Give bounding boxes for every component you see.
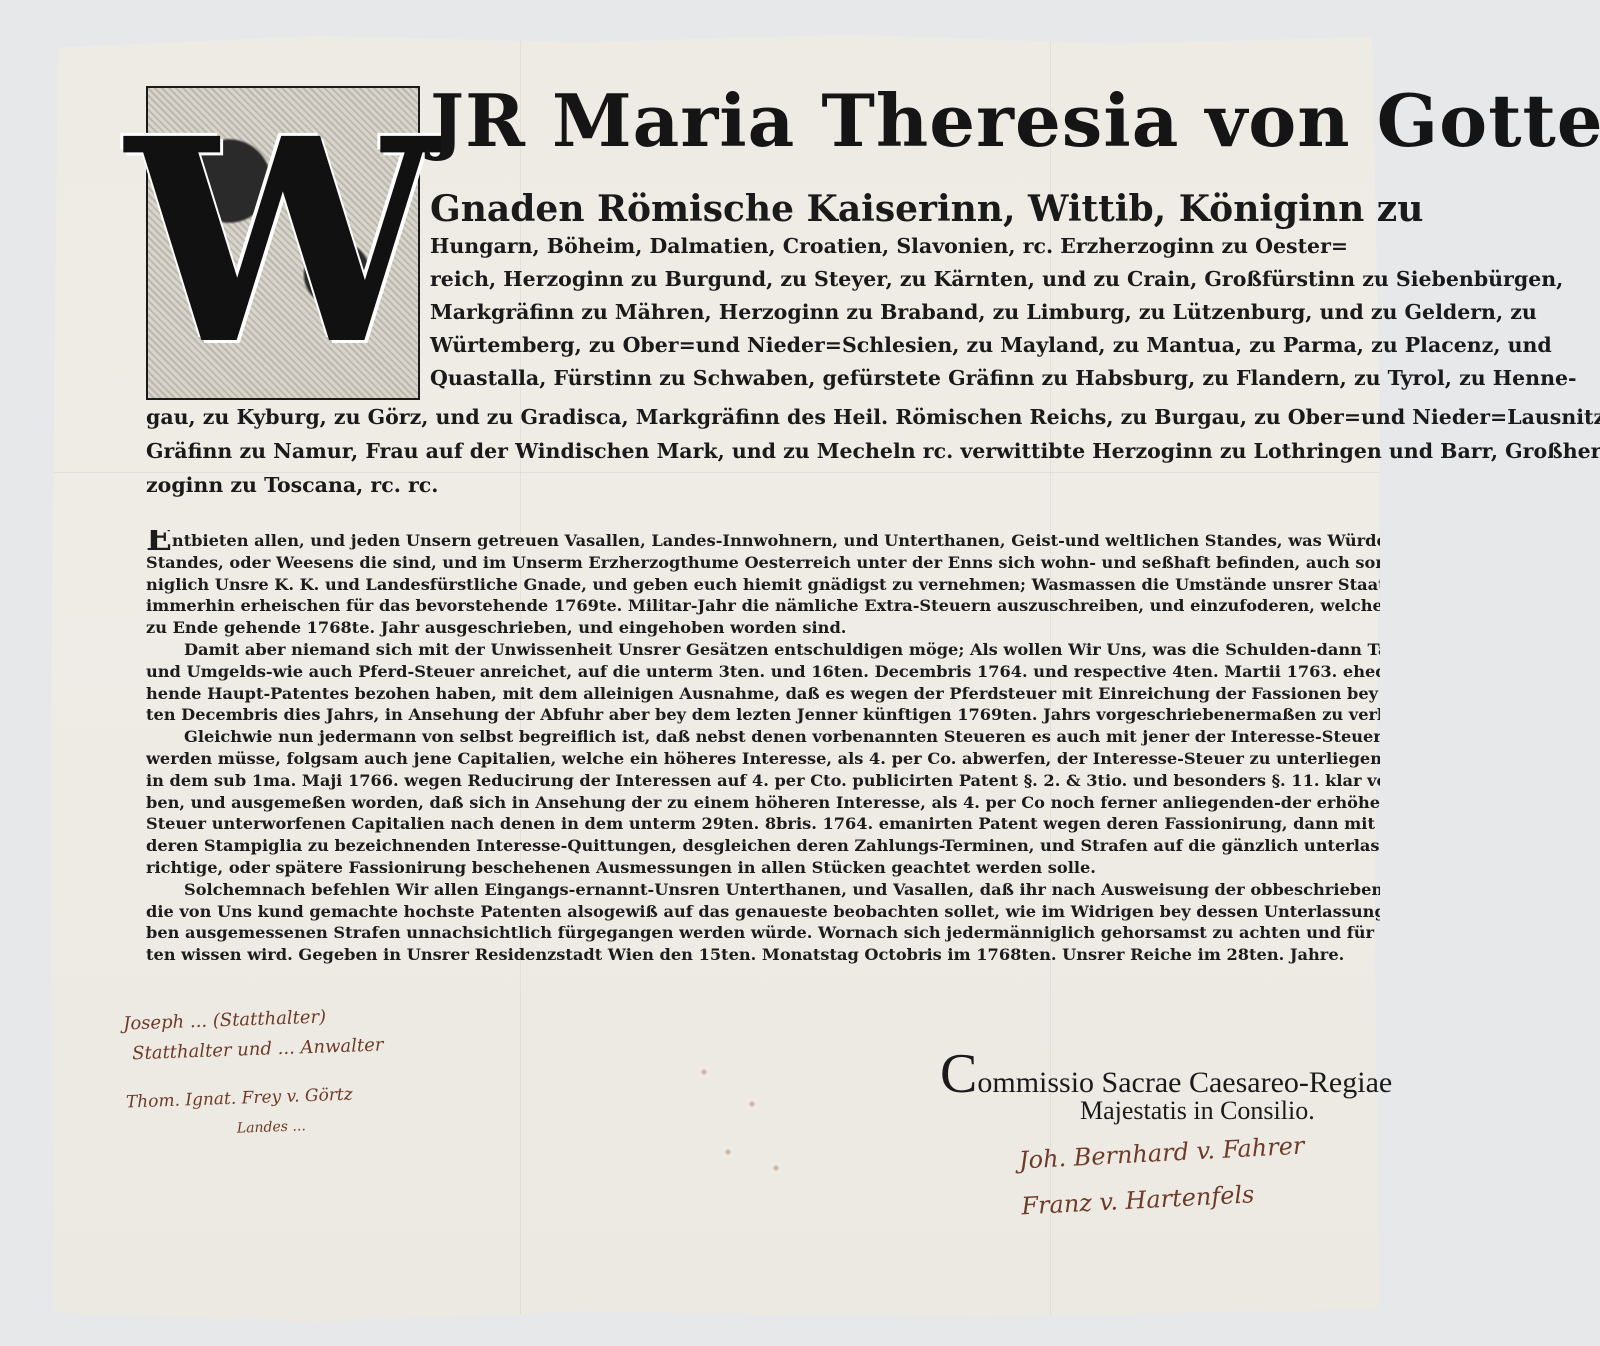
titles-line: Markgräfinn zu Mähren, Herzoginn zu Brab…	[430, 296, 1380, 329]
body-line: und Umgelds-wie auch Pferd-Steuer anreic…	[146, 661, 1380, 683]
body-line: ten Decembris dies Jahrs, in Ansehung de…	[146, 704, 1380, 726]
body-line: richtige, oder spätere Fassionirung besc…	[146, 857, 1380, 879]
titles-line: Quastalla, Fürstinn zu Schwaben, gefürst…	[430, 362, 1380, 395]
commission-block: Commissio Sacrae Caesareo-Regiae Majesta…	[940, 1052, 1392, 1126]
titles-line: Hungarn, Böheim, Dalmatien, Croatien, Sl…	[430, 230, 1380, 263]
body-line: ten wissen wird. Gegeben in Unsrer Resid…	[146, 944, 1380, 966]
body-line: Gleichwie nun jedermann von selbst begre…	[146, 726, 1380, 748]
titles-line: Würtemberg, zu Ober=und Nieder=Schlesien…	[430, 329, 1380, 362]
body-line: Steuer unterworfenen Capitalien nach den…	[146, 813, 1380, 835]
body-line: zu Ende gehende 1768te. Jahr ausgeschrie…	[146, 617, 1380, 639]
titles-line: Gräfinn zu Namur, Frau auf der Windische…	[146, 434, 1380, 468]
titles-line: gau, zu Kyburg, zu Görz, und zu Gradisca…	[146, 400, 1380, 434]
decree-body: Entbieten allen, und jeden Unsern getreu…	[146, 530, 1380, 966]
commission-line: Commissio Sacrae Caesareo-Regiae	[940, 1052, 1392, 1100]
body-line: werden müsse, folgsam auch jene Capitali…	[146, 748, 1380, 770]
body-line: Standes, oder Weesens die sind, und im U…	[146, 552, 1380, 574]
foxing-stains	[680, 1040, 800, 1200]
signatures-left: Joseph ... (Statthalter) Statthalter und…	[123, 1001, 387, 1148]
body-line: deren Stampiglia zu bezeichnenden Intere…	[146, 835, 1380, 857]
titles-line: zoginn zu Toscana, rc. rc.	[146, 468, 1380, 502]
body-line: hende Haupt-Patentes bezohen haben, mit …	[146, 683, 1380, 705]
signatures-right: Joh. Bernhard v. Fahrer Franz v. Hartenf…	[1018, 1123, 1308, 1230]
body-line: in dem sub 1ma. Maji 1766. wegen Reducir…	[146, 770, 1380, 792]
titles-line: Gnaden Römische Kaiserinn, Wittib, König…	[430, 188, 1380, 230]
titles-block: Gnaden Römische Kaiserinn, Wittib, König…	[430, 188, 1380, 395]
titles-line: reich, Herzoginn zu Burgund, zu Steyer, …	[430, 263, 1380, 296]
dropcap: E	[146, 530, 172, 552]
titles-continuation: gau, zu Kyburg, zu Görz, und zu Gradisca…	[146, 400, 1380, 502]
body-line: immerhin erheischen für das bevorstehend…	[146, 595, 1380, 617]
body-line: die von Uns kund gemachte hochste Patent…	[146, 901, 1380, 923]
body-line: Entbieten allen, und jeden Unsern getreu…	[146, 530, 1380, 552]
body-line: Solchemnach befehlen Wir allen Eingangs-…	[146, 879, 1380, 901]
body-line: ben ausgemessenen Strafen unnachsichtlic…	[146, 922, 1380, 944]
ornamental-initial: W	[146, 86, 420, 400]
body-line: niglich Unsre K. K. und Landesfürstliche…	[146, 574, 1380, 596]
initial-letter: W	[126, 103, 440, 383]
body-line: ben, und ausgemeßen worden, daß sich in …	[146, 792, 1380, 814]
body-line: Damit aber niemand sich mit der Unwissen…	[146, 639, 1380, 661]
heading-title: JR Maria Theresia von Gottes	[430, 78, 1380, 163]
commission-line: Majestatis in Consilio.	[940, 1096, 1392, 1126]
